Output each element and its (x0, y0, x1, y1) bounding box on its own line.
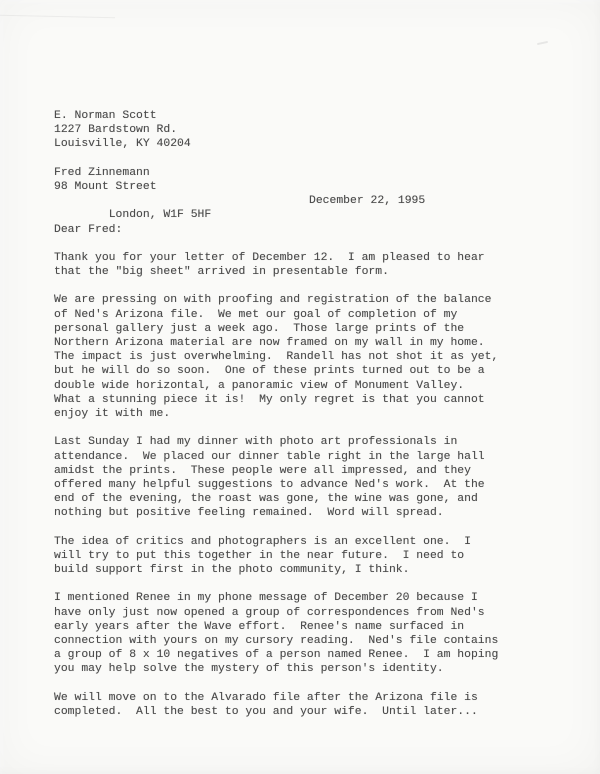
sender-address: E. Norman Scott1227 Bardstown Rd.Louisvi… (54, 109, 498, 152)
text-line: What a stunning piece it is! My only reg… (54, 393, 498, 407)
text-line: build support first in the photo communi… (54, 563, 498, 577)
text-line: E. Norman Scott (54, 109, 498, 123)
text-line: that the "big sheet" arrived in presenta… (54, 265, 498, 279)
text-line: We will move on to the Alvarado file aft… (54, 691, 498, 705)
recipient-address: Fred Zinnemann 98 Mount Street London, W… (54, 166, 498, 209)
letter-body: Thank you for your letter of December 12… (54, 237, 498, 719)
scan-crease-artifact (0, 15, 115, 18)
text-line: attendance. We placed our dinner table r… (54, 450, 498, 464)
text-line: of Ned's Arizona file. We met our goal o… (54, 308, 498, 322)
text-line: personal gallery just a week ago. Those … (54, 322, 498, 336)
text-line: connection with yours on my cursory read… (54, 634, 498, 648)
paragraph-1: Thank you for your letter of December 12… (54, 251, 498, 279)
blank-line (54, 577, 498, 591)
text-line: The impact is just overwhelming. Randell… (54, 350, 498, 364)
text-line: I mentioned Renee in my phone message of… (54, 591, 498, 605)
blank-line (54, 152, 498, 166)
blank-line (54, 421, 498, 435)
text-line: The idea of critics and photographers is… (54, 535, 498, 549)
text-line: have only just now opened a group of cor… (54, 606, 498, 620)
text-line: nothing but positive feeling remained. W… (54, 506, 498, 520)
recipient-street: 98 Mount Street (54, 180, 498, 194)
text-line: offered many helpful suggestions to adva… (54, 478, 498, 492)
text-line: Thank you for your letter of December 12… (54, 251, 498, 265)
letter-date: December 22, 1995 (309, 194, 425, 208)
paragraph-6: We will move on to the Alvarado file aft… (54, 691, 498, 719)
text-line: will try to put this together in the nea… (54, 549, 498, 563)
recipient-city-date-line: London, W1F 5HF December 22, 1995 (54, 194, 498, 208)
text-line: but he will do so soon. One of these pri… (54, 364, 498, 378)
paragraph-4: The idea of critics and photographers is… (54, 535, 498, 578)
text-line: amidst the prints. These people were all… (54, 464, 498, 478)
text-line: double wide horizontal, a panoramic view… (54, 379, 498, 393)
letter-page: E. Norman Scott1227 Bardstown Rd.Louisvi… (0, 0, 600, 774)
text-line: We are pressing on with proofing and reg… (54, 293, 498, 307)
text-line: enjoy it with me. (54, 407, 498, 421)
blank-line (54, 520, 498, 534)
text-line: you may help solve the mystery of this p… (54, 662, 498, 676)
recipient-name: Fred Zinnemann (54, 166, 498, 180)
text-line: a group of 8 x 10 negatives of a person … (54, 648, 498, 662)
letter-content: E. Norman Scott1227 Bardstown Rd.Louisvi… (54, 109, 498, 719)
text-line: Northern Arizona material are now framed… (54, 336, 498, 350)
text-line: early years after the Wave effort. Renee… (54, 620, 498, 634)
blank-line (54, 677, 498, 691)
text-line: Louisville, KY 40204 (54, 137, 498, 151)
paragraph-2: We are pressing on with proofing and reg… (54, 293, 498, 421)
paragraph-3: Last Sunday I had my dinner with photo a… (54, 435, 498, 520)
text-line: end of the evening, the roast was gone, … (54, 492, 498, 506)
blank-line (54, 279, 498, 293)
paragraph-5: I mentioned Renee in my phone message of… (54, 591, 498, 676)
blank-line (54, 237, 498, 251)
salutation: Dear Fred: (54, 223, 498, 237)
text-line: Last Sunday I had my dinner with photo a… (54, 435, 498, 449)
recipient-city: London, W1F 5HF (109, 209, 212, 221)
text-line: completed. All the best to you and your … (54, 705, 498, 719)
text-line: 1227 Bardstown Rd. (54, 123, 498, 137)
scan-smudge-artifact (537, 41, 548, 45)
